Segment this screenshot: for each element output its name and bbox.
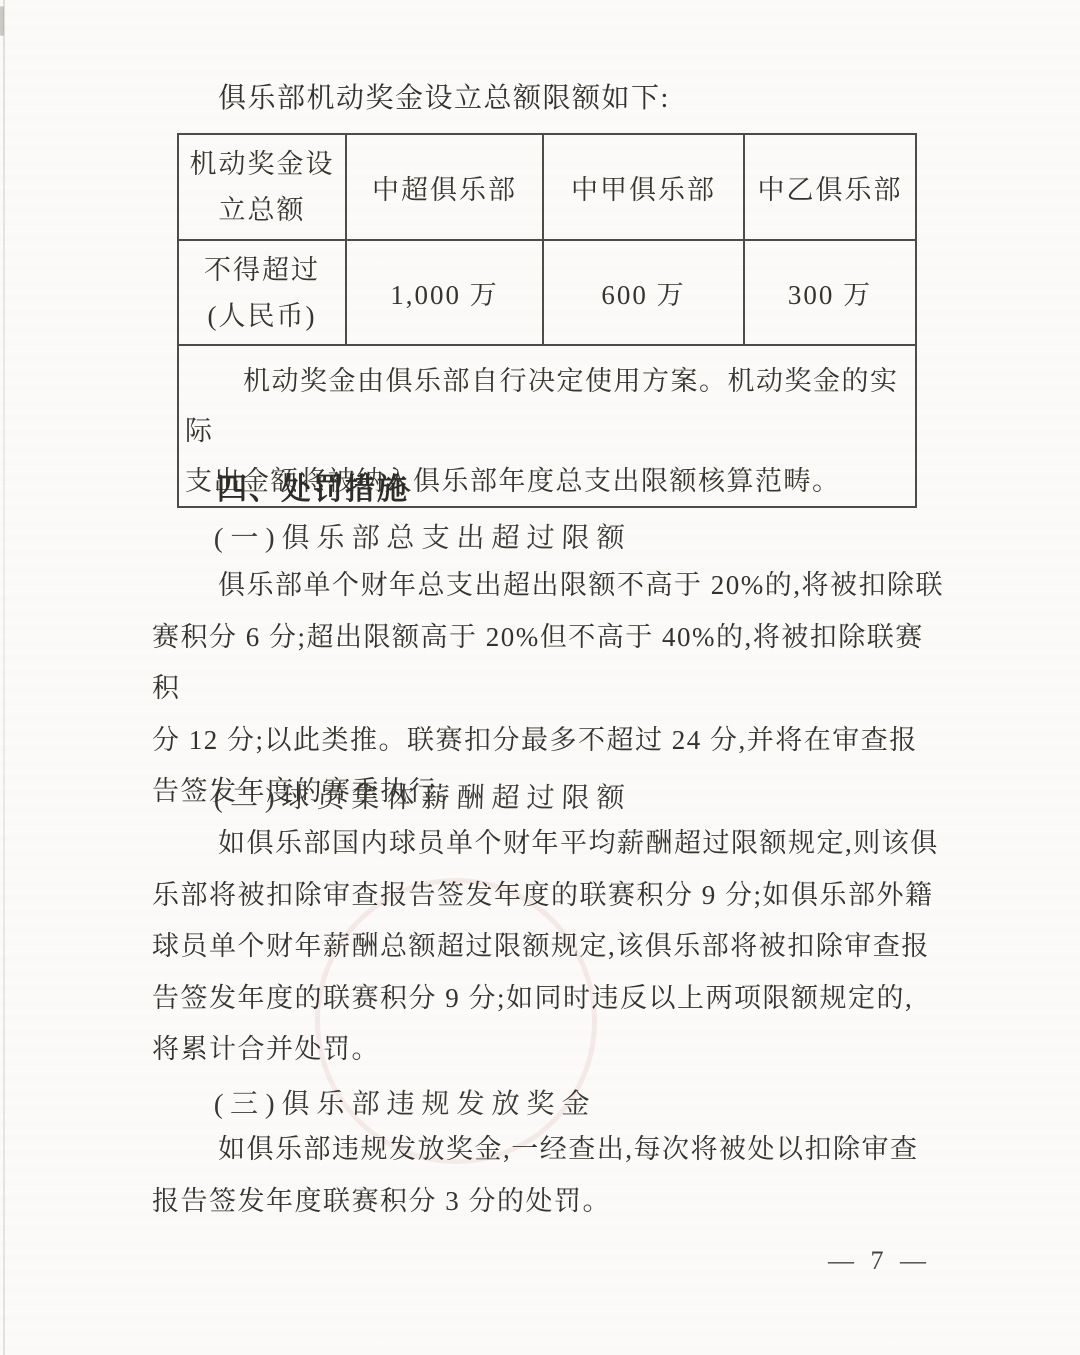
- scan-corner-artifact: [0, 6, 4, 36]
- limit-value-league1: 600 万: [543, 240, 744, 345]
- paragraph-line: 分 12 分;以此类推。联赛扣分最多不超过 24 分,并将在审查报: [152, 715, 944, 767]
- table-col-header-csl: 中超俱乐部: [346, 134, 543, 240]
- scanned-document-page: 俱乐部机动奖金设立总额限额如下: 机动奖金设 立总额 中超俱乐部 中甲俱乐部 中…: [0, 0, 1080, 1355]
- penalty-paragraph-3: 如俱乐部违规发放奖金,一经查出,每次将被处以扣除审查 报告签发年度联赛积分 3 …: [152, 1124, 944, 1227]
- paragraph-line: 告签发年度的联赛积分 9 分;如同时违反以上两项限额规定的,: [152, 973, 944, 1025]
- paragraph-line: 将累计合并处罚。: [152, 1024, 944, 1076]
- intro-text: 俱乐部机动奖金设立总额限额如下:: [218, 76, 670, 116]
- paragraph-line: 赛积分 6 分;超出限额高于 20%但不高于 40%的,将被扣除联赛积: [152, 612, 944, 715]
- table-header-row: 机动奖金设 立总额 中超俱乐部 中甲俱乐部 中乙俱乐部: [178, 134, 916, 240]
- table-note-line: 机动奖金由俱乐部自行决定使用方案。机动奖金的实际: [185, 356, 907, 456]
- bonus-limit-table: 机动奖金设 立总额 中超俱乐部 中甲俱乐部 中乙俱乐部 不得超过 (人民币) 1…: [177, 133, 917, 508]
- paragraph-line: 球员单个财年薪酬总额超过限额规定,该俱乐部将被扣除审查报: [152, 921, 944, 973]
- table-col-header-league2: 中乙俱乐部: [744, 134, 916, 240]
- paragraph-line: 报告签发年度联赛积分 3 分的处罚。: [152, 1176, 944, 1228]
- paragraph-line: 俱乐部单个财年总支出超出限额不高于 20%的,将被扣除联: [152, 560, 944, 612]
- section-title-penalties: 四、处罚措施: [217, 464, 409, 508]
- penalty-item-heading-2: (二)球员集体薪酬超过限额: [213, 776, 632, 816]
- limit-value-league2: 300 万: [744, 240, 916, 345]
- table-corner-header: 机动奖金设 立总额: [178, 134, 346, 240]
- table-col-header-league1: 中甲俱乐部: [543, 134, 744, 240]
- paragraph-line: 如俱乐部违规发放奖金,一经查出,每次将被处以扣除审查: [152, 1124, 944, 1176]
- paragraph-line: 乐部将被扣除审查报告签发年度的联赛积分 9 分;如俱乐部外籍: [152, 870, 944, 922]
- scan-edge-artifact: [3, 0, 5, 1355]
- penalty-item-heading-3: (三)俱乐部违规发放奖金: [213, 1082, 597, 1122]
- page-number: — 7 —: [828, 1246, 931, 1276]
- limit-value-csl: 1,000 万: [346, 240, 543, 345]
- limit-row-label: 不得超过 (人民币): [178, 240, 346, 345]
- penalty-item-heading-1: (一)俱乐部总支出超过限额: [213, 516, 632, 556]
- table-limit-row: 不得超过 (人民币) 1,000 万 600 万 300 万: [178, 240, 916, 345]
- penalty-paragraph-2: 如俱乐部国内球员单个财年平均薪酬超过限额规定,则该俱 乐部将被扣除审查报告签发年…: [152, 818, 944, 1076]
- paragraph-line: 如俱乐部国内球员单个财年平均薪酬超过限额规定,则该俱: [152, 818, 944, 870]
